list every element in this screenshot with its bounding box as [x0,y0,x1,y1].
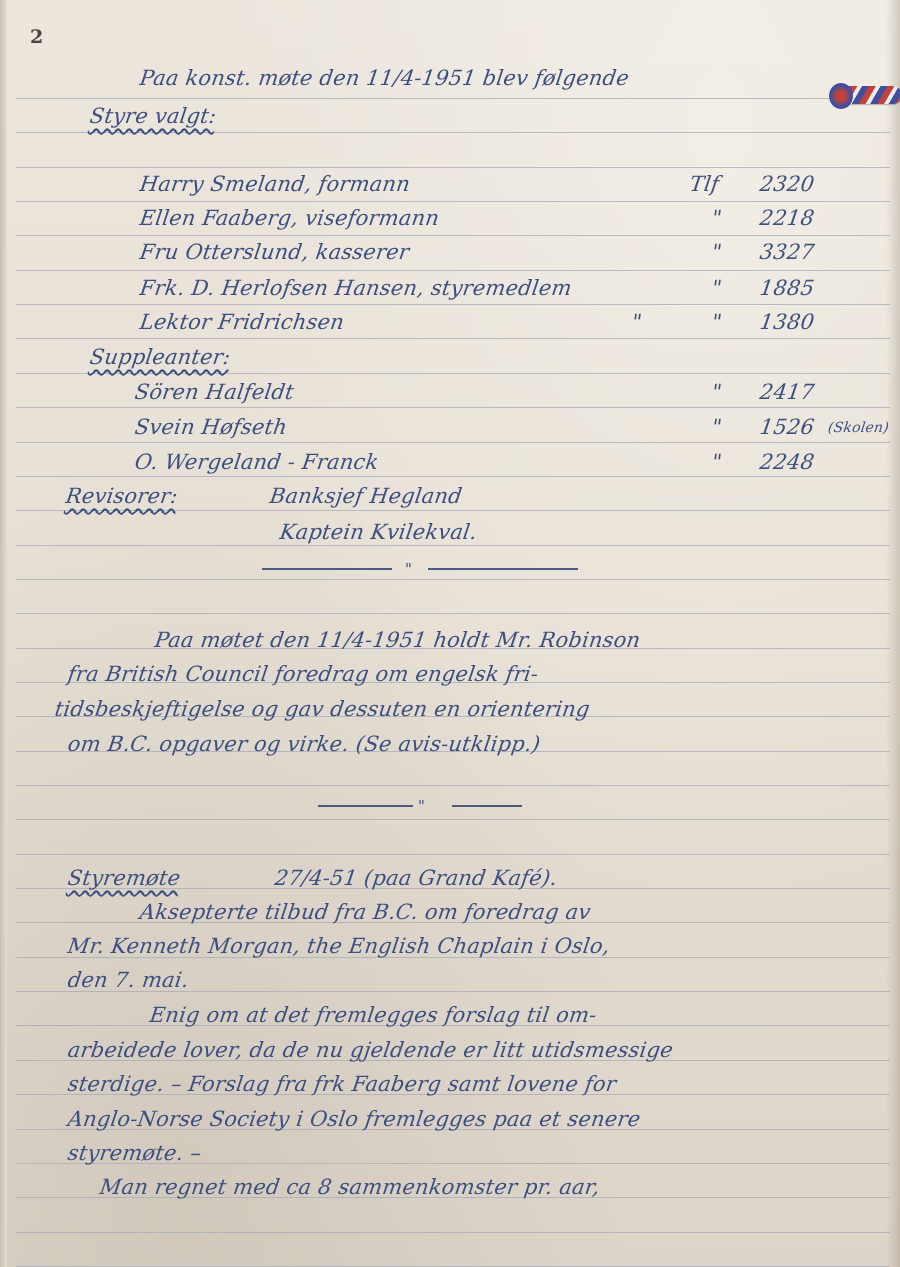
deputy-name: O. Wergeland - Franck [133,450,380,474]
tel-number: 1526 [758,415,816,439]
ruled-line [16,407,890,408]
ruled-line [16,270,890,271]
separator-line [452,805,522,807]
minutes-line: sterdige. – Forslag fra frk Faaberg samt… [66,1072,618,1096]
ruled-line [16,98,890,99]
tel-number: 2417 [758,380,816,404]
board-member-name: Harry Smeland, formann [138,172,411,196]
ruled-line [16,373,890,374]
intro-line: Paa konst. møte den 11/4-1951 blev følge… [138,66,630,90]
tel-ditto: " [710,450,723,474]
tel-number: 3327 [758,240,816,264]
tel-number: 1380 [758,310,816,334]
ruled-line [16,235,890,236]
ruled-line [16,338,890,339]
page-left-edge [0,0,7,1267]
ruled-line [16,167,890,168]
board-meeting-heading: Styremøte [66,866,182,890]
tel-ditto: " [710,380,723,404]
title-ditto: " [630,310,643,334]
ruled-line [16,201,890,202]
board-member-name: Frk. D. Herlofsen Hansen, styremedlem [138,276,573,300]
minutes-line: styremøte. – [66,1141,203,1165]
ruled-line [16,613,890,614]
ruled-line [16,132,890,133]
meeting-note-line: tidsbeskjeftigelse og gav dessuten en or… [53,697,591,721]
minutes-line: Mr. Kenneth Morgan, the English Chaplain… [66,934,611,958]
meeting-note-line: Paa møtet den 11/4-1951 holdt Mr. Robins… [153,628,642,652]
ruled-line [16,304,890,305]
ruled-line [16,442,890,443]
separator-line [262,568,392,570]
deputies-heading: Suppleanter: [88,345,232,369]
separator-line [318,805,413,807]
tel-number: 2320 [758,172,816,196]
meeting-note-line: om B.C. opgaver og virke. (Se avis-utkli… [66,732,542,756]
deputy-name: Svein Høfseth [133,415,288,439]
ruled-line [16,854,890,855]
minutes-line: Anglo-Norse Society i Oslo fremlegges pa… [66,1107,642,1131]
ruled-line [16,819,890,820]
board-heading: Styre valgt: [88,104,218,128]
ruled-line [16,785,890,786]
ruled-line [16,476,890,477]
tel-note: (Skolen) [827,420,890,436]
tel-ditto: " [710,415,723,439]
minutes-line: Enig om at det fremlegges forslag til om… [148,1003,598,1027]
tel-ditto: " [710,206,723,230]
page-right-edge [886,0,900,1267]
auditor-name: Banksjef Hegland [268,484,463,508]
board-meeting-date-place: 27/4-51 (paa Grand Kafé). [273,866,559,890]
tel-ditto: " [710,240,723,264]
separator-mark: " [405,560,412,578]
minutes-line: Aksepterte tilbud fra B.C. om foredrag a… [138,900,592,924]
tel-ditto: " [710,276,723,300]
board-member-name: Fru Otterslund, kasserer [138,240,411,264]
tel-ditto: " [710,310,723,334]
tel-number: 2248 [758,450,816,474]
notebook-page: 2 Paa konst. møte den 11/4-1951 blev føl… [0,0,900,1267]
tel-number: 2218 [758,206,816,230]
deputy-name: Sören Halfeldt [133,380,295,404]
tel-number: 1885 [758,276,816,300]
ruled-line [16,510,890,511]
tel-label: Tlf [688,172,720,196]
meeting-note-line: fra British Council foredrag om engelsk … [66,662,540,686]
ruled-line [16,579,890,580]
binding-hole [829,83,853,109]
minutes-line: den 7. mai. [66,968,190,992]
ruled-line [16,545,890,546]
minutes-line: Man regnet med ca 8 sammenkomster pr. aa… [98,1175,601,1199]
separator-line [428,568,578,570]
separator-mark: " [418,797,425,815]
auditor-name: Kaptein Kvilekval. [278,520,478,544]
ruled-line [16,1232,890,1233]
minutes-line: arbeidede lover, da de nu gjeldende er l… [66,1038,674,1062]
board-member-name: Lektor Fridrichsen [138,310,345,334]
board-member-name: Ellen Faaberg, viseformann [138,206,441,230]
page-number: 2 [30,26,43,48]
auditors-heading: Revisorer: [64,484,179,508]
